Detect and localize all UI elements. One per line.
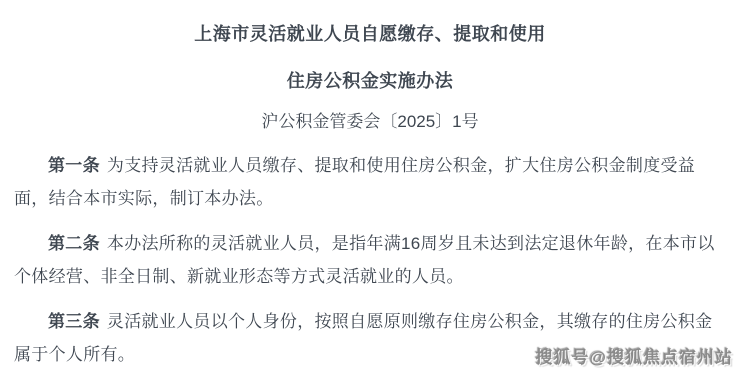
document-title-line-1: 上海市灵活就业人员自愿缴存、提取和使用 bbox=[14, 24, 726, 44]
sohu-watermark: 搜狐号@搜狐焦点宿州站 bbox=[535, 343, 733, 368]
article-paragraph-1: 第一条为支持灵活就业人员缴存、提取和使用住房公积金，扩大住房公积金制度受益面，结… bbox=[14, 149, 726, 215]
document-title-line-2: 住房公积金实施办法 bbox=[14, 71, 726, 91]
article-text-2: 本办法所称的灵活就业人员，是指年满16周岁且未达到法定退休年龄，在本市以个体经营… bbox=[14, 234, 715, 286]
article-label-3: 第三条 bbox=[48, 312, 100, 331]
document-number: 沪公积金管委会〔2025〕1号 bbox=[14, 112, 726, 132]
article-label-1: 第一条 bbox=[48, 156, 100, 175]
article-label-2: 第二条 bbox=[48, 234, 100, 253]
article-paragraph-2: 第二条本办法所称的灵活就业人员，是指年满16周岁且未达到法定退休年龄，在本市以个… bbox=[14, 227, 726, 293]
document-page: 上海市灵活就业人员自愿缴存、提取和使用 住房公积金实施办法 沪公积金管委会〔20… bbox=[0, 0, 740, 371]
article-text-1: 为支持灵活就业人员缴存、提取和使用住房公积金，扩大住房公积金制度受益面，结合本市… bbox=[14, 156, 695, 208]
